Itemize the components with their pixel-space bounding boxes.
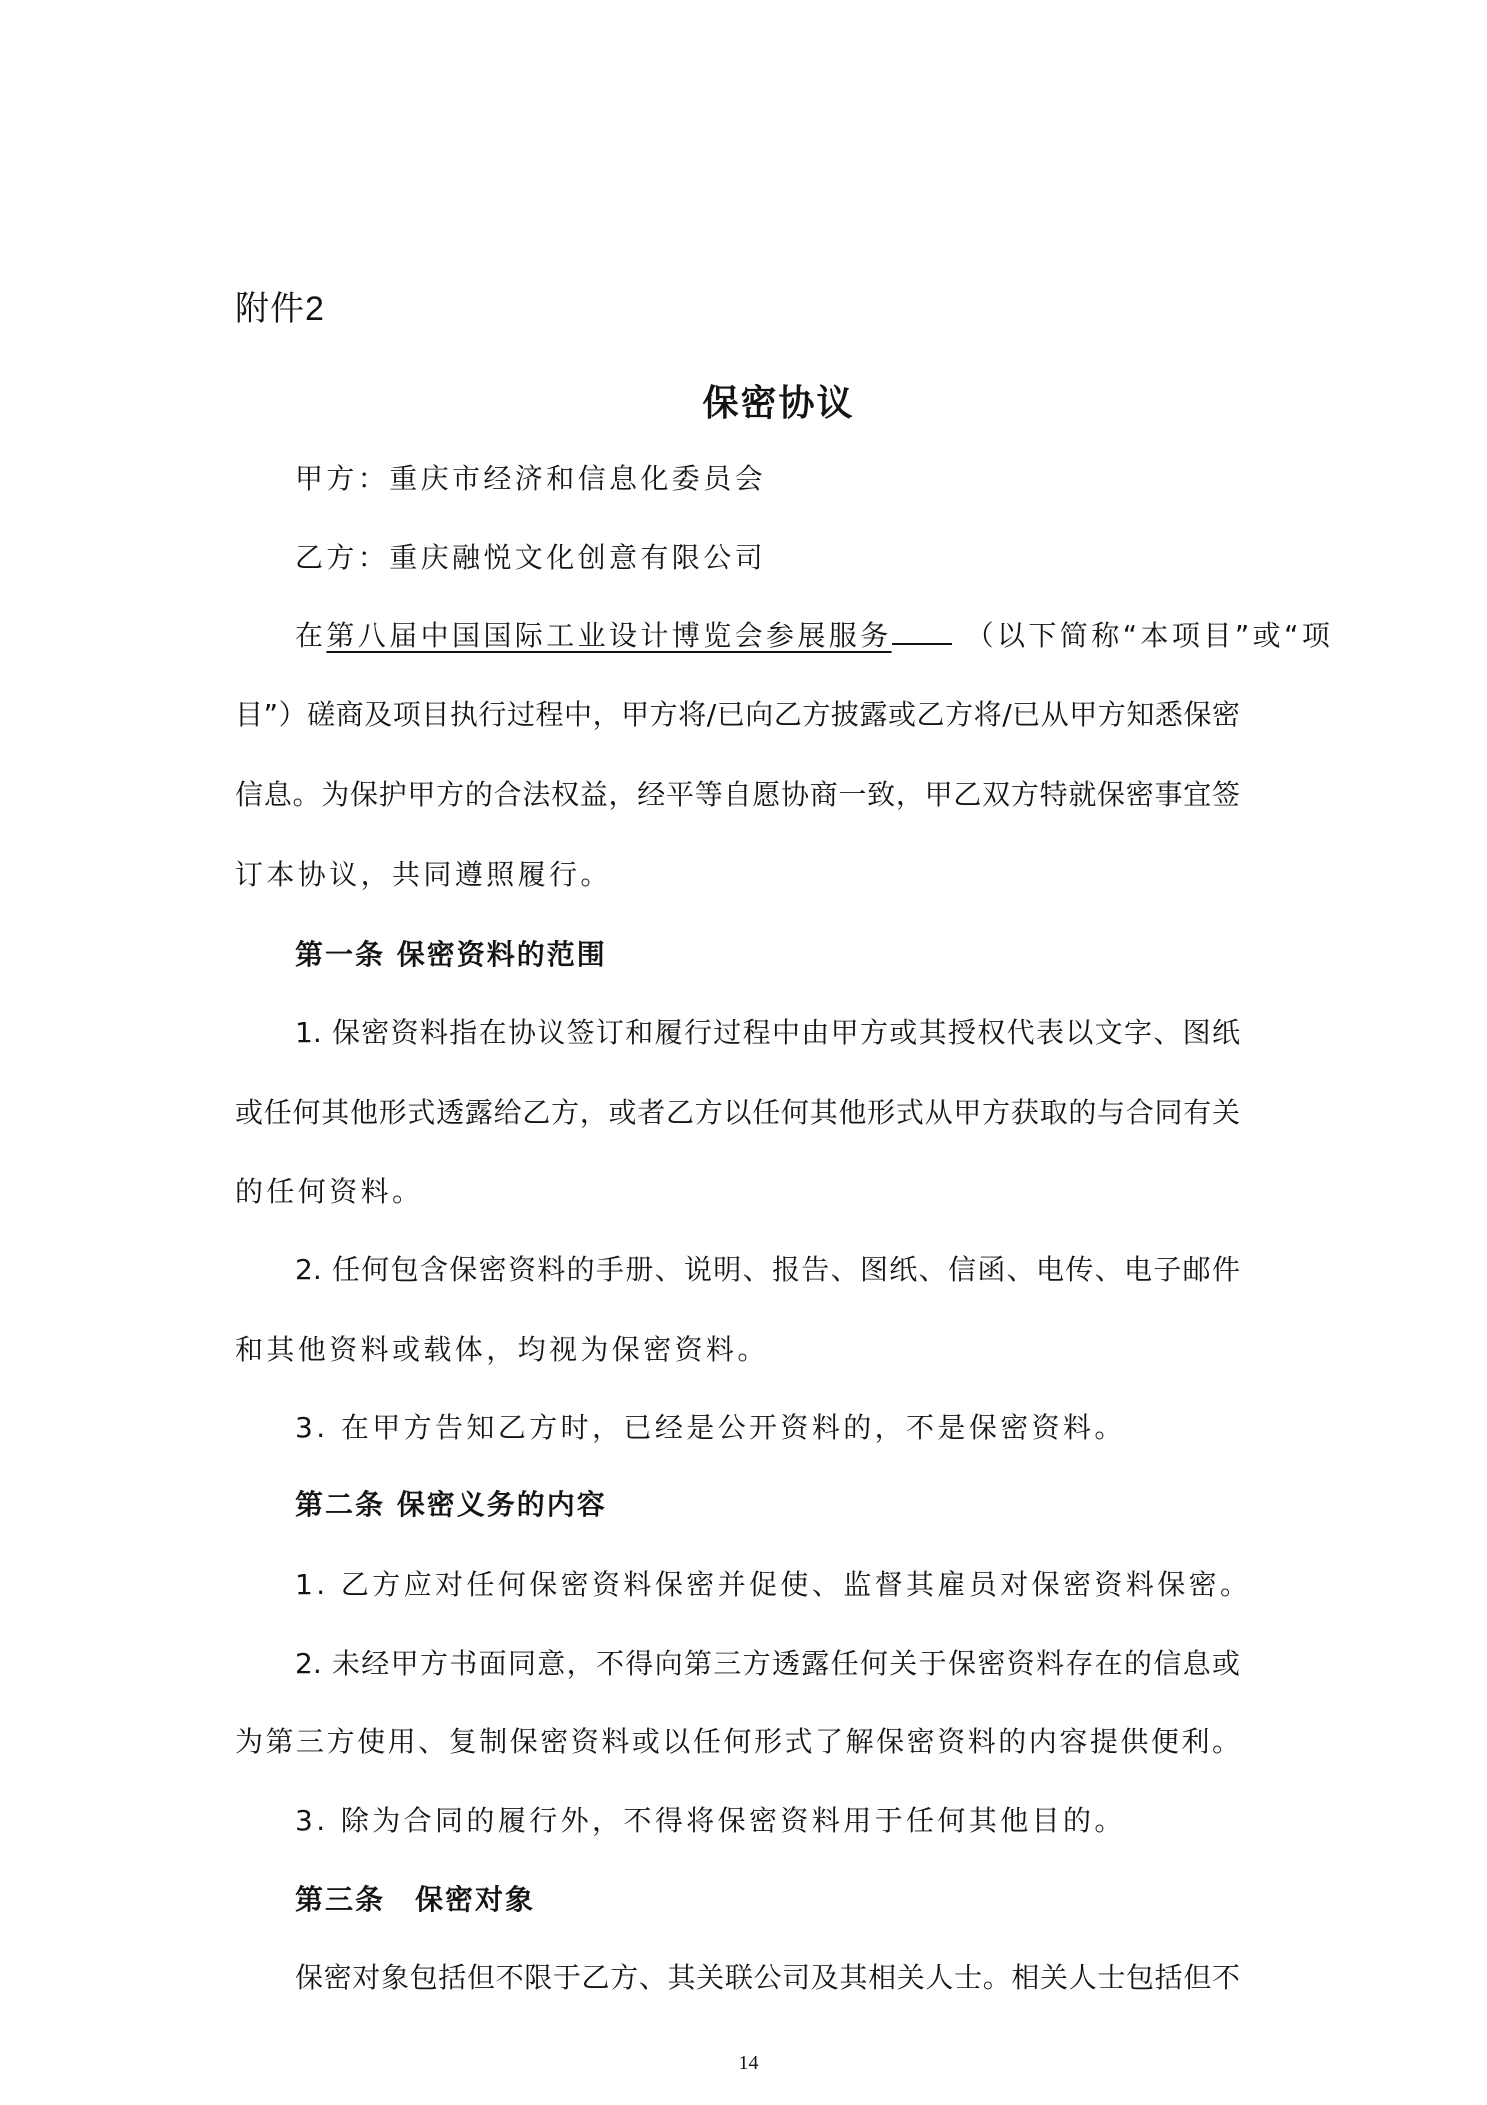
article-3-heading: 第三条 保密对象 <box>295 1880 1300 1920</box>
article-2-item-1-line-1: 1. 乙方应对任何保密资料保密并促使、监督其雇员对保密资料保密。 <box>295 1565 1240 1605</box>
article-1-item-1-line-3: 的任何资料。 <box>235 1172 1240 1212</box>
article-2-item-2-line-1: 2. 未经甲方书面同意，不得向第三方透露任何关于保密资料存在的信息或 <box>295 1644 1240 1684</box>
party-a: 甲方：重庆市经济和信息化委员会 <box>295 459 1240 499</box>
intro-prefix: 在 <box>295 619 326 652</box>
page-number: 14 <box>0 2052 1487 2075</box>
party-b: 乙方：重庆融悦文化创意有限公司 <box>295 538 1240 578</box>
attachment-label: 附件2 <box>235 281 325 330</box>
project-name-field: 第八届中国国际工业设计博览会参展服务 <box>326 619 891 652</box>
article-1-item-1-line-2: 或任何其他形式透露给乙方，或者乙方以任何其他形式从甲方获取的与合同有关 <box>235 1093 1240 1133</box>
underline-blank <box>892 615 952 645</box>
article-1-heading: 第一条 保密资料的范围 <box>295 935 1300 975</box>
article-1-item-2-line-2: 和其他资料或载体，均视为保密资料。 <box>235 1330 1240 1370</box>
intro-line-1: 在第八届中国国际工业设计博览会参展服务（以下简称“本项目”或“项 <box>295 615 1240 656</box>
article-2-item-2-line-2: 为第三方使用、复制保密资料或以任何形式了解保密资料的内容提供便利。 <box>235 1722 1240 1762</box>
intro-line-4: 订本协议，共同遵照履行。 <box>235 855 1240 895</box>
intro-line-1-suffix: （以下简称“本项目”或“项 <box>966 619 1334 652</box>
article-2-heading: 第二条 保密义务的内容 <box>295 1485 1300 1525</box>
article-1-item-1-line-1: 1. 保密资料指在协议签订和履行过程中由甲方或其授权代表以文字、图纸 <box>295 1013 1240 1053</box>
article-1-item-2-line-1: 2. 任何包含保密资料的手册、说明、报告、图纸、信函、电传、电子邮件 <box>295 1250 1240 1290</box>
intro-line-3: 信息。为保护甲方的合法权益，经平等自愿协商一致，甲乙双方特就保密事宜签 <box>235 775 1240 815</box>
document-page: 附件2 保密协议 甲方：重庆市经济和信息化委员会 乙方：重庆融悦文化创意有限公司… <box>0 0 1487 2105</box>
document-title: 保密协议 <box>0 375 1487 426</box>
article-2-item-3-line-1: 3. 除为合同的履行外，不得将保密资料用于任何其他目的。 <box>295 1801 1240 1841</box>
article-1-item-3-line-1: 3. 在甲方告知乙方时，已经是公开资料的，不是保密资料。 <box>295 1408 1240 1448</box>
intro-line-2: 目”）磋商及项目执行过程中，甲方将/已向乙方披露或乙方将/已从甲方知悉保密 <box>235 695 1240 735</box>
article-3-body-line-1: 保密对象包括但不限于乙方、其关联公司及其相关人士。相关人士包括但不 <box>295 1958 1240 1998</box>
